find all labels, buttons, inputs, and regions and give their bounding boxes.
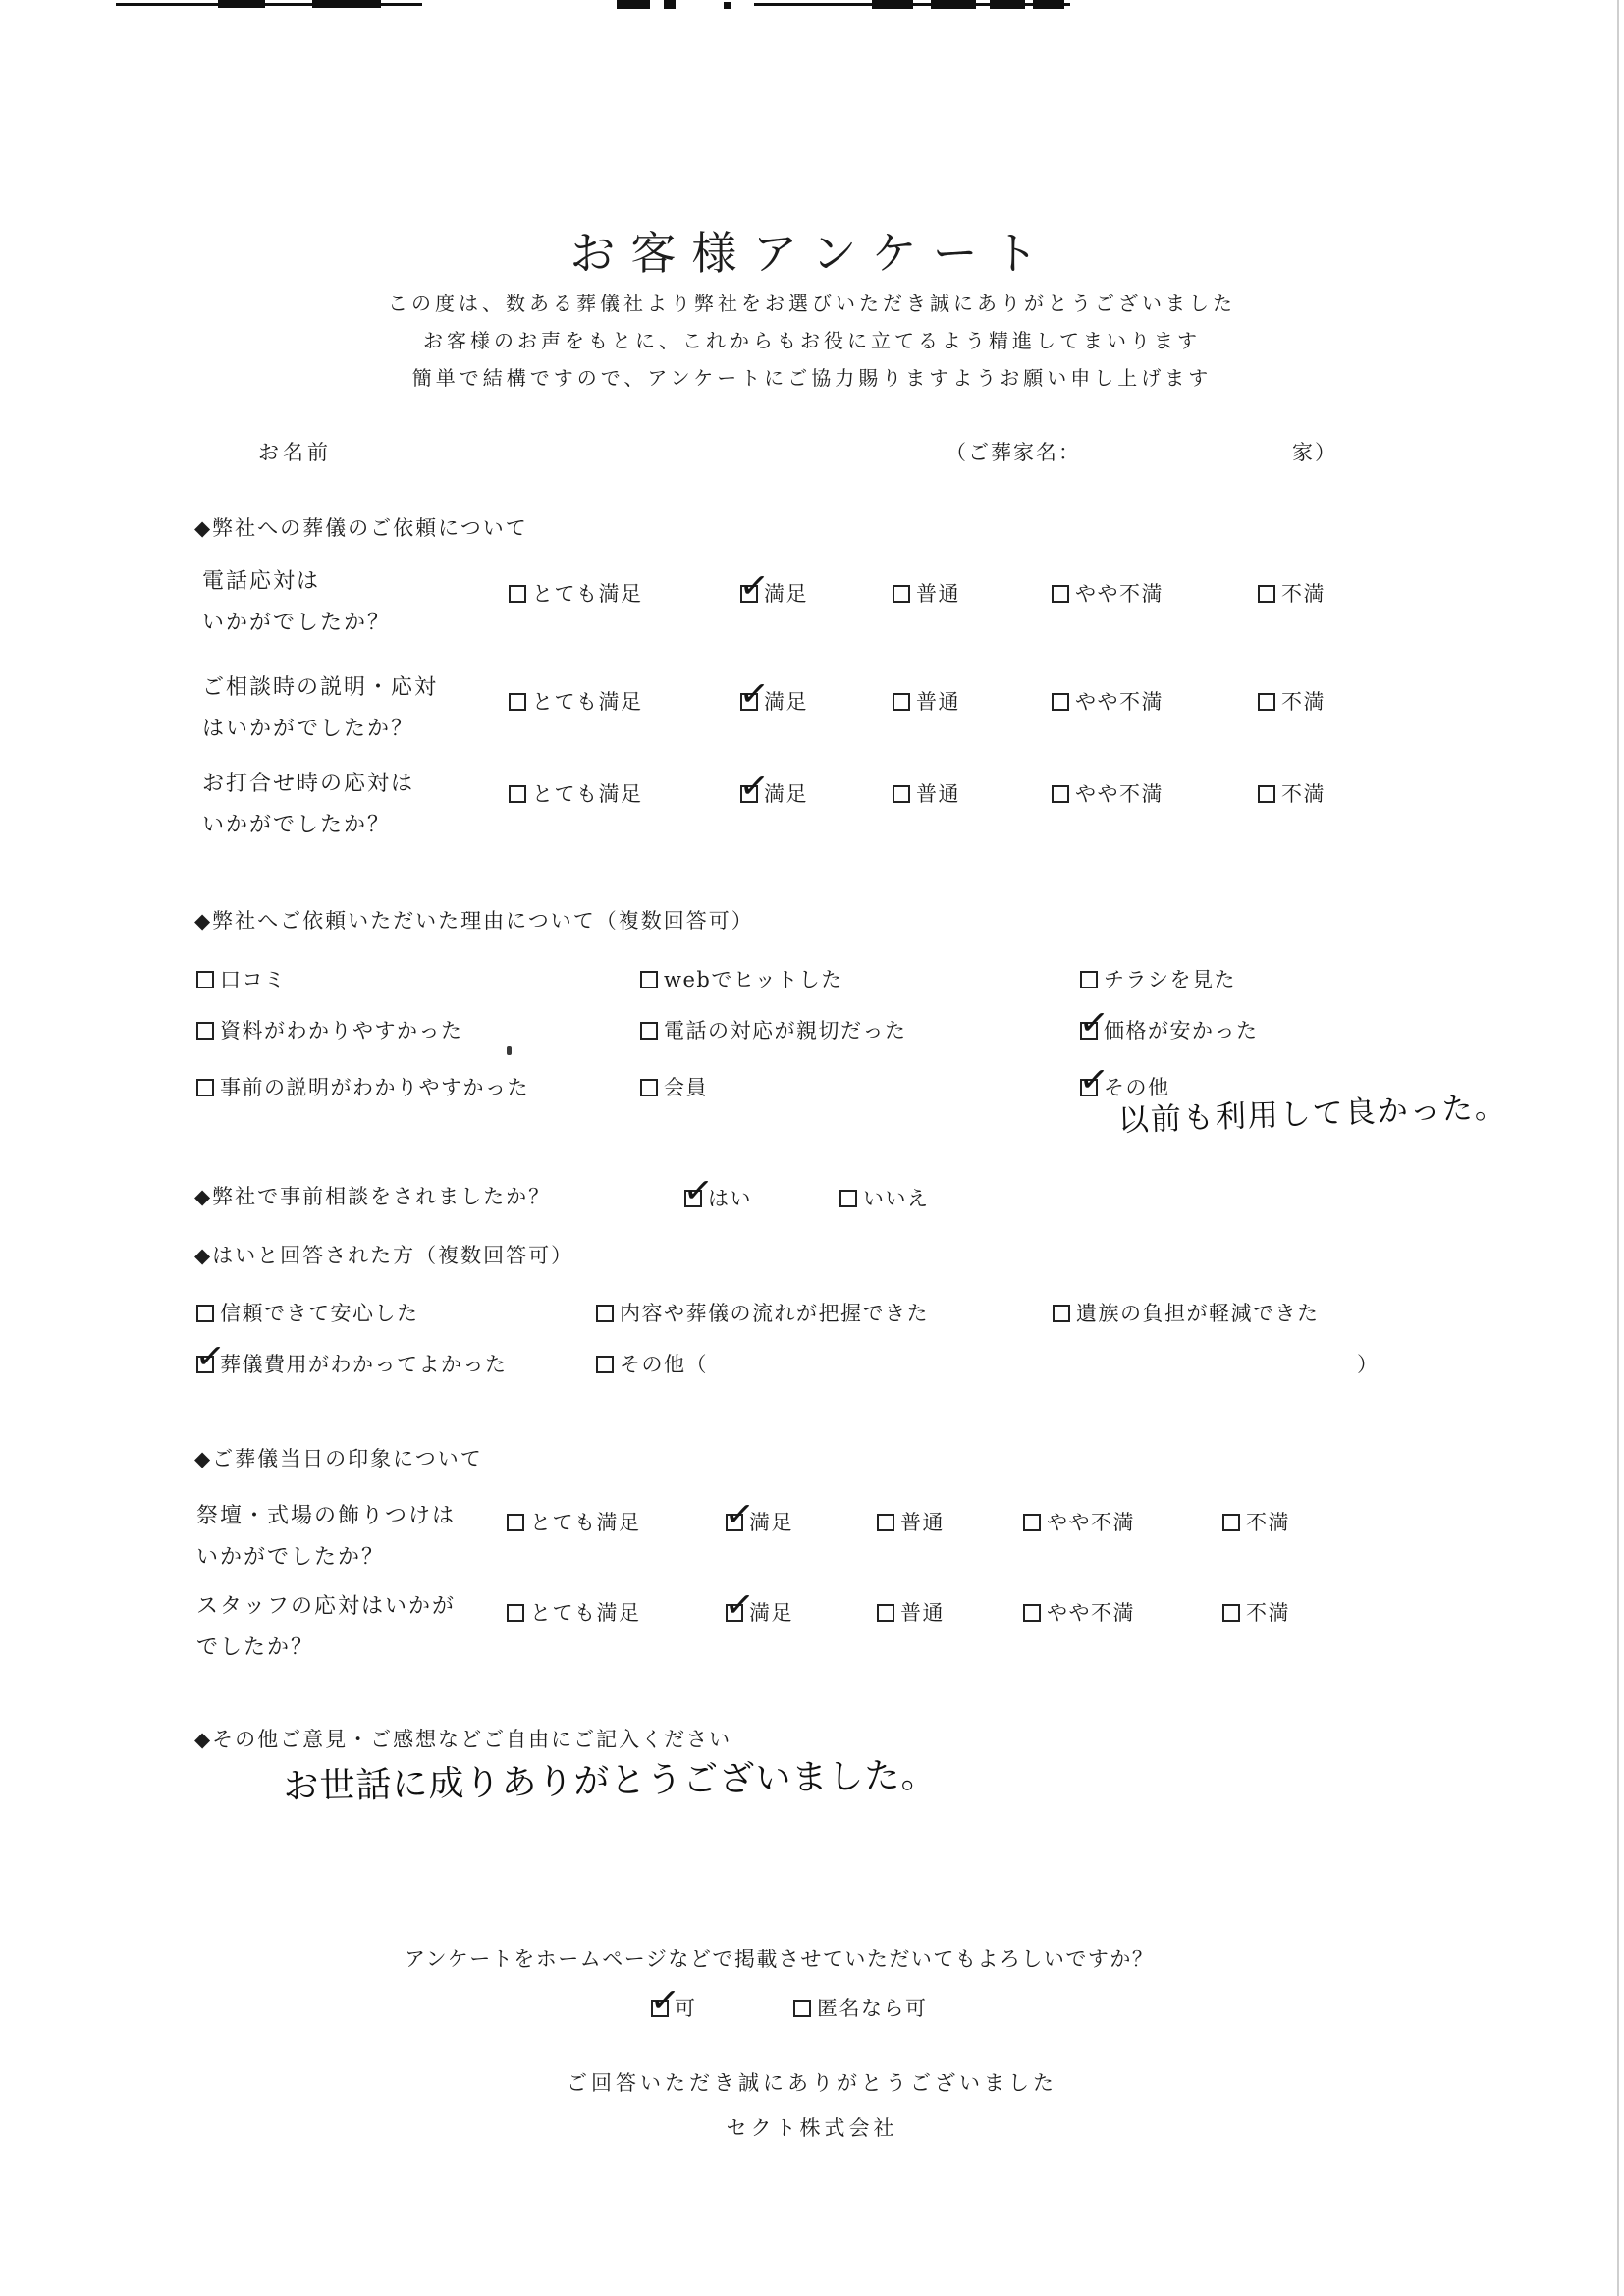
checkbox-option: その他（ [596, 1349, 708, 1378]
option-label: 普通 [900, 1601, 945, 1625]
checkbox-option: 不満 [1222, 1507, 1290, 1536]
checkbox-option: 普通 [877, 1597, 945, 1627]
section-heading-followup: ◆はいと回答された方（複数回答可） [194, 1240, 573, 1269]
checkbox[interactable] [1080, 1079, 1098, 1096]
section-heading-preconsult: ◆弊社で事前相談をされましたか？ [194, 1181, 551, 1210]
checkbox-option: 満足 [740, 686, 808, 716]
option-label: 不満 [1281, 782, 1326, 806]
question-line: 電話応対は [202, 561, 391, 603]
handwritten-note-other-reason: 以前も利用して良かった。 [1117, 1082, 1507, 1140]
checkbox-option: 満足 [740, 778, 808, 808]
question-line: はいかがでしたか？ [202, 709, 438, 750]
checkbox-option: やや不満 [1052, 778, 1164, 808]
checkbox-option: 遺族の負担が軽減できた [1053, 1298, 1320, 1327]
checkbox-option: 価格が安かった [1080, 1015, 1259, 1044]
question-label: お打合せ時の応対は いかがでしたか？ [202, 764, 414, 846]
option-label: 不満 [1246, 1511, 1290, 1534]
checkbox[interactable] [1258, 693, 1275, 711]
checkbox[interactable] [740, 693, 758, 711]
checkbox[interactable] [1222, 1514, 1240, 1531]
checkbox[interactable] [196, 1079, 214, 1096]
checkbox[interactable] [839, 1190, 857, 1207]
checkbox[interactable] [877, 1514, 894, 1531]
checkbox-option: とても満足 [507, 1507, 641, 1536]
handwritten-note-comments: お世話に成りありがとうございました。 [283, 1747, 938, 1809]
scan-artifact [990, 0, 1025, 9]
option-label: 普通 [916, 582, 960, 606]
checkbox-option: いいえ [839, 1183, 930, 1212]
checkbox[interactable] [893, 693, 910, 711]
checkbox[interactable] [1023, 1604, 1041, 1622]
option-label: 口コミ [220, 968, 287, 991]
checkbox[interactable] [877, 1604, 894, 1622]
checkbox[interactable] [196, 1022, 214, 1040]
option-label: やや不満 [1047, 1511, 1135, 1534]
option-label: 内容や葬儀の流れが把握できた [620, 1302, 929, 1325]
intro-text: この度は、数ある葬儀社より弊社をお選びいただき誠にありがとうございました お客様… [0, 285, 1624, 397]
checkbox-option: 可 [651, 1993, 697, 2022]
question-line: いかがでしたか？ [202, 603, 391, 644]
checkbox[interactable] [893, 585, 910, 603]
section-heading-reasons: ◆弊社へご依頼いただいた理由について（複数回答可） [194, 905, 754, 934]
checkbox-option: webでヒットした [640, 964, 843, 993]
checkbox[interactable] [740, 585, 758, 603]
other-close-paren: ） [1357, 1349, 1380, 1378]
checkbox[interactable] [1023, 1514, 1041, 1531]
checkbox[interactable] [196, 1356, 214, 1373]
checkbox-option: チラシを見た [1080, 964, 1236, 993]
question-line: 祭壇・式場の飾りつけは [196, 1496, 456, 1537]
question-label: ご相談時の説明・応対 はいかがでしたか？ [202, 667, 438, 750]
publish-question: アンケートをホームページなどで掲載させていただいてもよろしいですか？ [405, 1944, 1154, 1973]
option-label: 資料がわかりやすかった [220, 1019, 463, 1042]
checkbox[interactable] [684, 1190, 702, 1207]
option-label: 電話の対応が親切だった [664, 1019, 907, 1042]
checkbox[interactable] [596, 1305, 614, 1322]
name-label: お名前 [258, 437, 332, 466]
checkbox[interactable] [1052, 785, 1069, 803]
checkbox[interactable] [1080, 971, 1098, 988]
scan-artifact [872, 0, 913, 9]
checkbox[interactable] [1258, 585, 1275, 603]
checkbox[interactable] [1053, 1305, 1070, 1322]
question-label: スタッフの応対はいかが でしたか？ [196, 1586, 456, 1669]
question-line: お打合せ時の応対は [202, 764, 414, 805]
checkbox-option: とても満足 [509, 686, 643, 716]
checkbox-option: 匿名なら可 [793, 1993, 928, 2022]
option-label: やや不満 [1075, 582, 1164, 606]
option-label: 遺族の負担が軽減できた [1076, 1302, 1320, 1325]
checkbox-option: 不満 [1222, 1597, 1290, 1627]
checkbox[interactable] [793, 2000, 811, 2017]
checkbox-option: やや不満 [1052, 686, 1164, 716]
section-heading-ceremony: ◆ご葬儀当日の印象について [194, 1443, 483, 1472]
intro-line: この度は、数ある葬儀社より弊社をお選びいただき誠にありがとうございました [0, 285, 1624, 322]
checkbox[interactable] [507, 1604, 524, 1622]
scan-artifact [724, 2, 731, 9]
scan-artifact [1033, 0, 1064, 9]
checkbox-option: 普通 [893, 686, 960, 716]
checkbox-option: 内容や葬儀の流れが把握できた [596, 1298, 929, 1327]
option-label: 不満 [1281, 582, 1326, 606]
section-heading-comments: ◆その他ご意見・ご感想などご自由にご記入ください [194, 1724, 731, 1753]
checkbox-option: とても満足 [509, 778, 643, 808]
checkbox[interactable] [1258, 785, 1275, 803]
option-label: 葬儀費用がわかってよかった [220, 1353, 508, 1376]
checkbox-option: 電話の対応が親切だった [640, 1015, 907, 1044]
checkbox[interactable] [507, 1514, 524, 1531]
checkbox-option: 不満 [1258, 778, 1326, 808]
checkbox-option: 信頼できて安心した [196, 1298, 419, 1327]
checkbox-option: 資料がわかりやすかった [196, 1015, 463, 1044]
checkbox-option: 満足 [740, 578, 808, 608]
question-line: いかがでしたか？ [196, 1537, 456, 1578]
checkbox[interactable] [1052, 693, 1069, 711]
scan-artifact [664, 0, 676, 9]
option-label: その他（ [620, 1353, 708, 1376]
checkbox[interactable] [509, 785, 526, 803]
checkbox[interactable] [893, 785, 910, 803]
checkbox[interactable] [1222, 1604, 1240, 1622]
question-line: ご相談時の説明・応対 [202, 667, 438, 709]
checkbox-option: 普通 [893, 778, 960, 808]
checkbox[interactable] [196, 1305, 214, 1322]
checkbox[interactable] [651, 2000, 669, 2017]
checkbox-option: 会員 [640, 1072, 708, 1101]
option-label: 会員 [664, 1076, 708, 1099]
page-title: お客様アンケート [0, 218, 1624, 283]
checkbox[interactable] [640, 1022, 658, 1040]
checkbox[interactable] [726, 1514, 743, 1531]
checkbox-option: 不満 [1258, 686, 1326, 716]
question-line: いかがでしたか？ [202, 805, 414, 846]
checkbox-option: 満足 [726, 1597, 793, 1627]
family-name-suffix: 家） [1292, 437, 1337, 466]
thanks-note: ご回答いただき誠にありがとうございました [0, 2067, 1624, 2097]
scan-artifact [617, 0, 650, 9]
checkbox[interactable] [509, 693, 526, 711]
question-line: スタッフの応対はいかが [196, 1586, 456, 1628]
checkbox-option: やや不満 [1023, 1597, 1135, 1627]
option-label: とても満足 [530, 1511, 641, 1534]
checkbox-option: やや不満 [1023, 1507, 1135, 1536]
option-label: とても満足 [530, 1601, 641, 1625]
scan-artifact [507, 1046, 512, 1055]
checkbox[interactable] [1080, 1022, 1098, 1040]
scan-artifact [218, 0, 265, 8]
family-name-label: （ご葬家名： [946, 437, 1081, 466]
option-label: とても満足 [532, 782, 643, 806]
option-label: やや不満 [1047, 1601, 1135, 1625]
checkbox-option: 普通 [877, 1507, 945, 1536]
option-label: やや不満 [1075, 782, 1164, 806]
option-label: とても満足 [532, 690, 643, 714]
checkbox[interactable] [640, 971, 658, 988]
option-label: 匿名なら可 [817, 1997, 928, 2020]
intro-line: 簡単で結構ですので、アンケートにご協力賜りますようお願い申し上げます [0, 359, 1624, 397]
checkbox[interactable] [196, 971, 214, 988]
checkbox-option: 事前の説明がわかりやすかった [196, 1072, 529, 1101]
intro-line: お客様のお声をもとに、これからもお役に立てるよう精進してまいります [0, 322, 1624, 359]
checkbox-option: 口コミ [196, 964, 287, 993]
checkbox[interactable] [596, 1356, 614, 1373]
option-label: 普通 [916, 782, 960, 806]
option-label: 信頼できて安心した [220, 1302, 419, 1325]
scan-artifact [931, 0, 976, 9]
section-heading-request: ◆弊社への葬儀のご依頼について [194, 512, 528, 542]
option-label: 不満 [1281, 690, 1326, 714]
checkbox-option: 不満 [1258, 578, 1326, 608]
checkbox[interactable] [1052, 585, 1069, 603]
option-label: とても満足 [532, 582, 643, 606]
option-label: 普通 [900, 1511, 945, 1534]
checkbox[interactable] [509, 585, 526, 603]
company-name: セクト株式会社 [0, 2112, 1624, 2142]
checkbox-option: 葬儀費用がわかってよかった [196, 1349, 508, 1378]
checkbox-option: とても満足 [509, 578, 643, 608]
option-label: 普通 [916, 690, 960, 714]
scan-artifact [312, 0, 381, 8]
checkbox-option: やや不満 [1052, 578, 1164, 608]
checkbox-option: とても満足 [507, 1597, 641, 1627]
checkbox[interactable] [726, 1604, 743, 1622]
checkbox-option: はい [684, 1183, 752, 1212]
option-label: やや不満 [1075, 690, 1164, 714]
checkbox[interactable] [640, 1079, 658, 1096]
option-label: 価格が安かった [1104, 1019, 1259, 1042]
option-label: いいえ [863, 1187, 930, 1210]
option-label: webでヒットした [664, 968, 843, 991]
question-line: でしたか？ [196, 1628, 456, 1669]
checkbox[interactable] [740, 785, 758, 803]
checkbox-option: 普通 [893, 578, 960, 608]
option-label: チラシを見た [1104, 968, 1236, 991]
question-label: 電話応対は いかがでしたか？ [202, 561, 391, 644]
option-label: 事前の説明がわかりやすかった [220, 1076, 529, 1099]
option-label: 不満 [1246, 1601, 1290, 1625]
checkbox-option: 満足 [726, 1507, 793, 1536]
question-label: 祭壇・式場の飾りつけは いかがでしたか？ [196, 1496, 456, 1578]
